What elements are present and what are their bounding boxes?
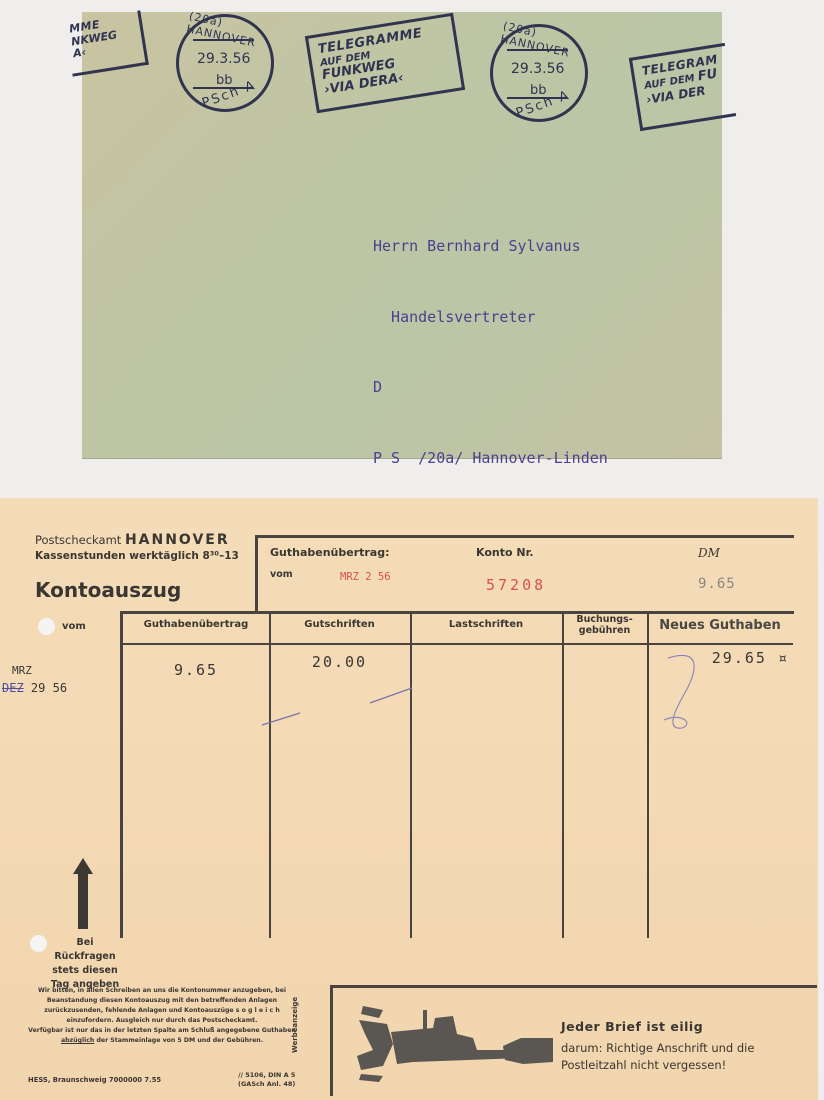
hand-passing-letter-icon [353, 1004, 583, 1084]
fine-print: Wir bitten, in allen Schreiben an uns di… [28, 986, 296, 1046]
punch-hole-bottom [30, 935, 47, 952]
carryover-date: MRZ 2 56 [340, 571, 391, 583]
postmark-2: (20a) HANNOVER 29.3.56 bb PSch A [490, 24, 588, 122]
ledger-table: Guthabenübertrag 9.65 Gutschriften 20.00… [120, 611, 793, 938]
address-line-name: Herrn Bernhard Sylvanus [373, 235, 626, 259]
column-new-balance: Neues Guthaben 29.65 ¤ [647, 611, 793, 645]
account-number: 57208 [486, 576, 546, 594]
account-statement: Postscheckamt HANNOVER Kassenstunden wer… [0, 498, 818, 1100]
ad-text: darum: Richtige Anschrift und die Postle… [561, 1040, 754, 1074]
office-hours: Kassenstunden werktäglich 8³⁰–13 [35, 550, 239, 562]
advertisement-box: Jeder Brief ist eilig darum: Richtige An… [330, 985, 817, 1096]
address-line-city: P S /20a/ Hannover-Linden [373, 447, 626, 471]
cell-new-balance: 29.65 ¤ [647, 649, 793, 667]
address-line-occupation: Handelsvertreter [373, 306, 626, 330]
ad-label: Werbeanzeige [291, 997, 299, 1053]
punch-hole-top [38, 618, 55, 635]
address-line-3: D [373, 376, 626, 400]
slogan-stamp-right-partial: TELEGRAM AUF DEM FU ›VIA DER [629, 43, 736, 131]
printer-imprint: HESS, Braunschweig 7000000 7.55 [28, 1076, 161, 1084]
arrow-up-icon [78, 872, 88, 929]
cell-carryover: 9.65 [123, 661, 269, 679]
office-name: Postscheckamt HANNOVER [35, 532, 230, 548]
ad-headline: Jeder Brief ist eilig [561, 1019, 703, 1034]
statement-date: DEZ 29 56 [2, 681, 67, 695]
column-debits: Lastschriften [410, 611, 564, 938]
column-carryover: Guthabenübertrag 9.65 [123, 611, 271, 938]
column-credits: Gutschriften 20.00 [269, 611, 412, 938]
carryover-amount: 9.65 [698, 576, 736, 592]
column-fees: Buchungs- gebühren [562, 611, 649, 938]
slogan-stamp-left-partial: MME NKWEG A‹ [64, 10, 149, 76]
statement-month: MRZ [12, 664, 32, 677]
carryover-box: Guthabenübertrag: Konto Nr. DM vom MRZ 2… [255, 535, 794, 614]
table-top-rule [644, 611, 790, 614]
cell-credits: 20.00 [269, 653, 410, 671]
form-number: // 5106, DIN A 5 (GASch Anl. 48) [238, 1071, 295, 1089]
document-title: Kontoauszug [35, 578, 181, 602]
slogan-stamp-telegramme: TELEGRAMME AUF DEM FUNKWEG ›VIA DERA‹ [305, 13, 465, 114]
vom-label: vom [62, 621, 86, 632]
postmark-1: (20a) HANNOVER 29.3.56 bb PSch A [176, 14, 274, 112]
inquiry-note: Bei Rückfragen stets diesen Tag angeben [50, 936, 120, 992]
